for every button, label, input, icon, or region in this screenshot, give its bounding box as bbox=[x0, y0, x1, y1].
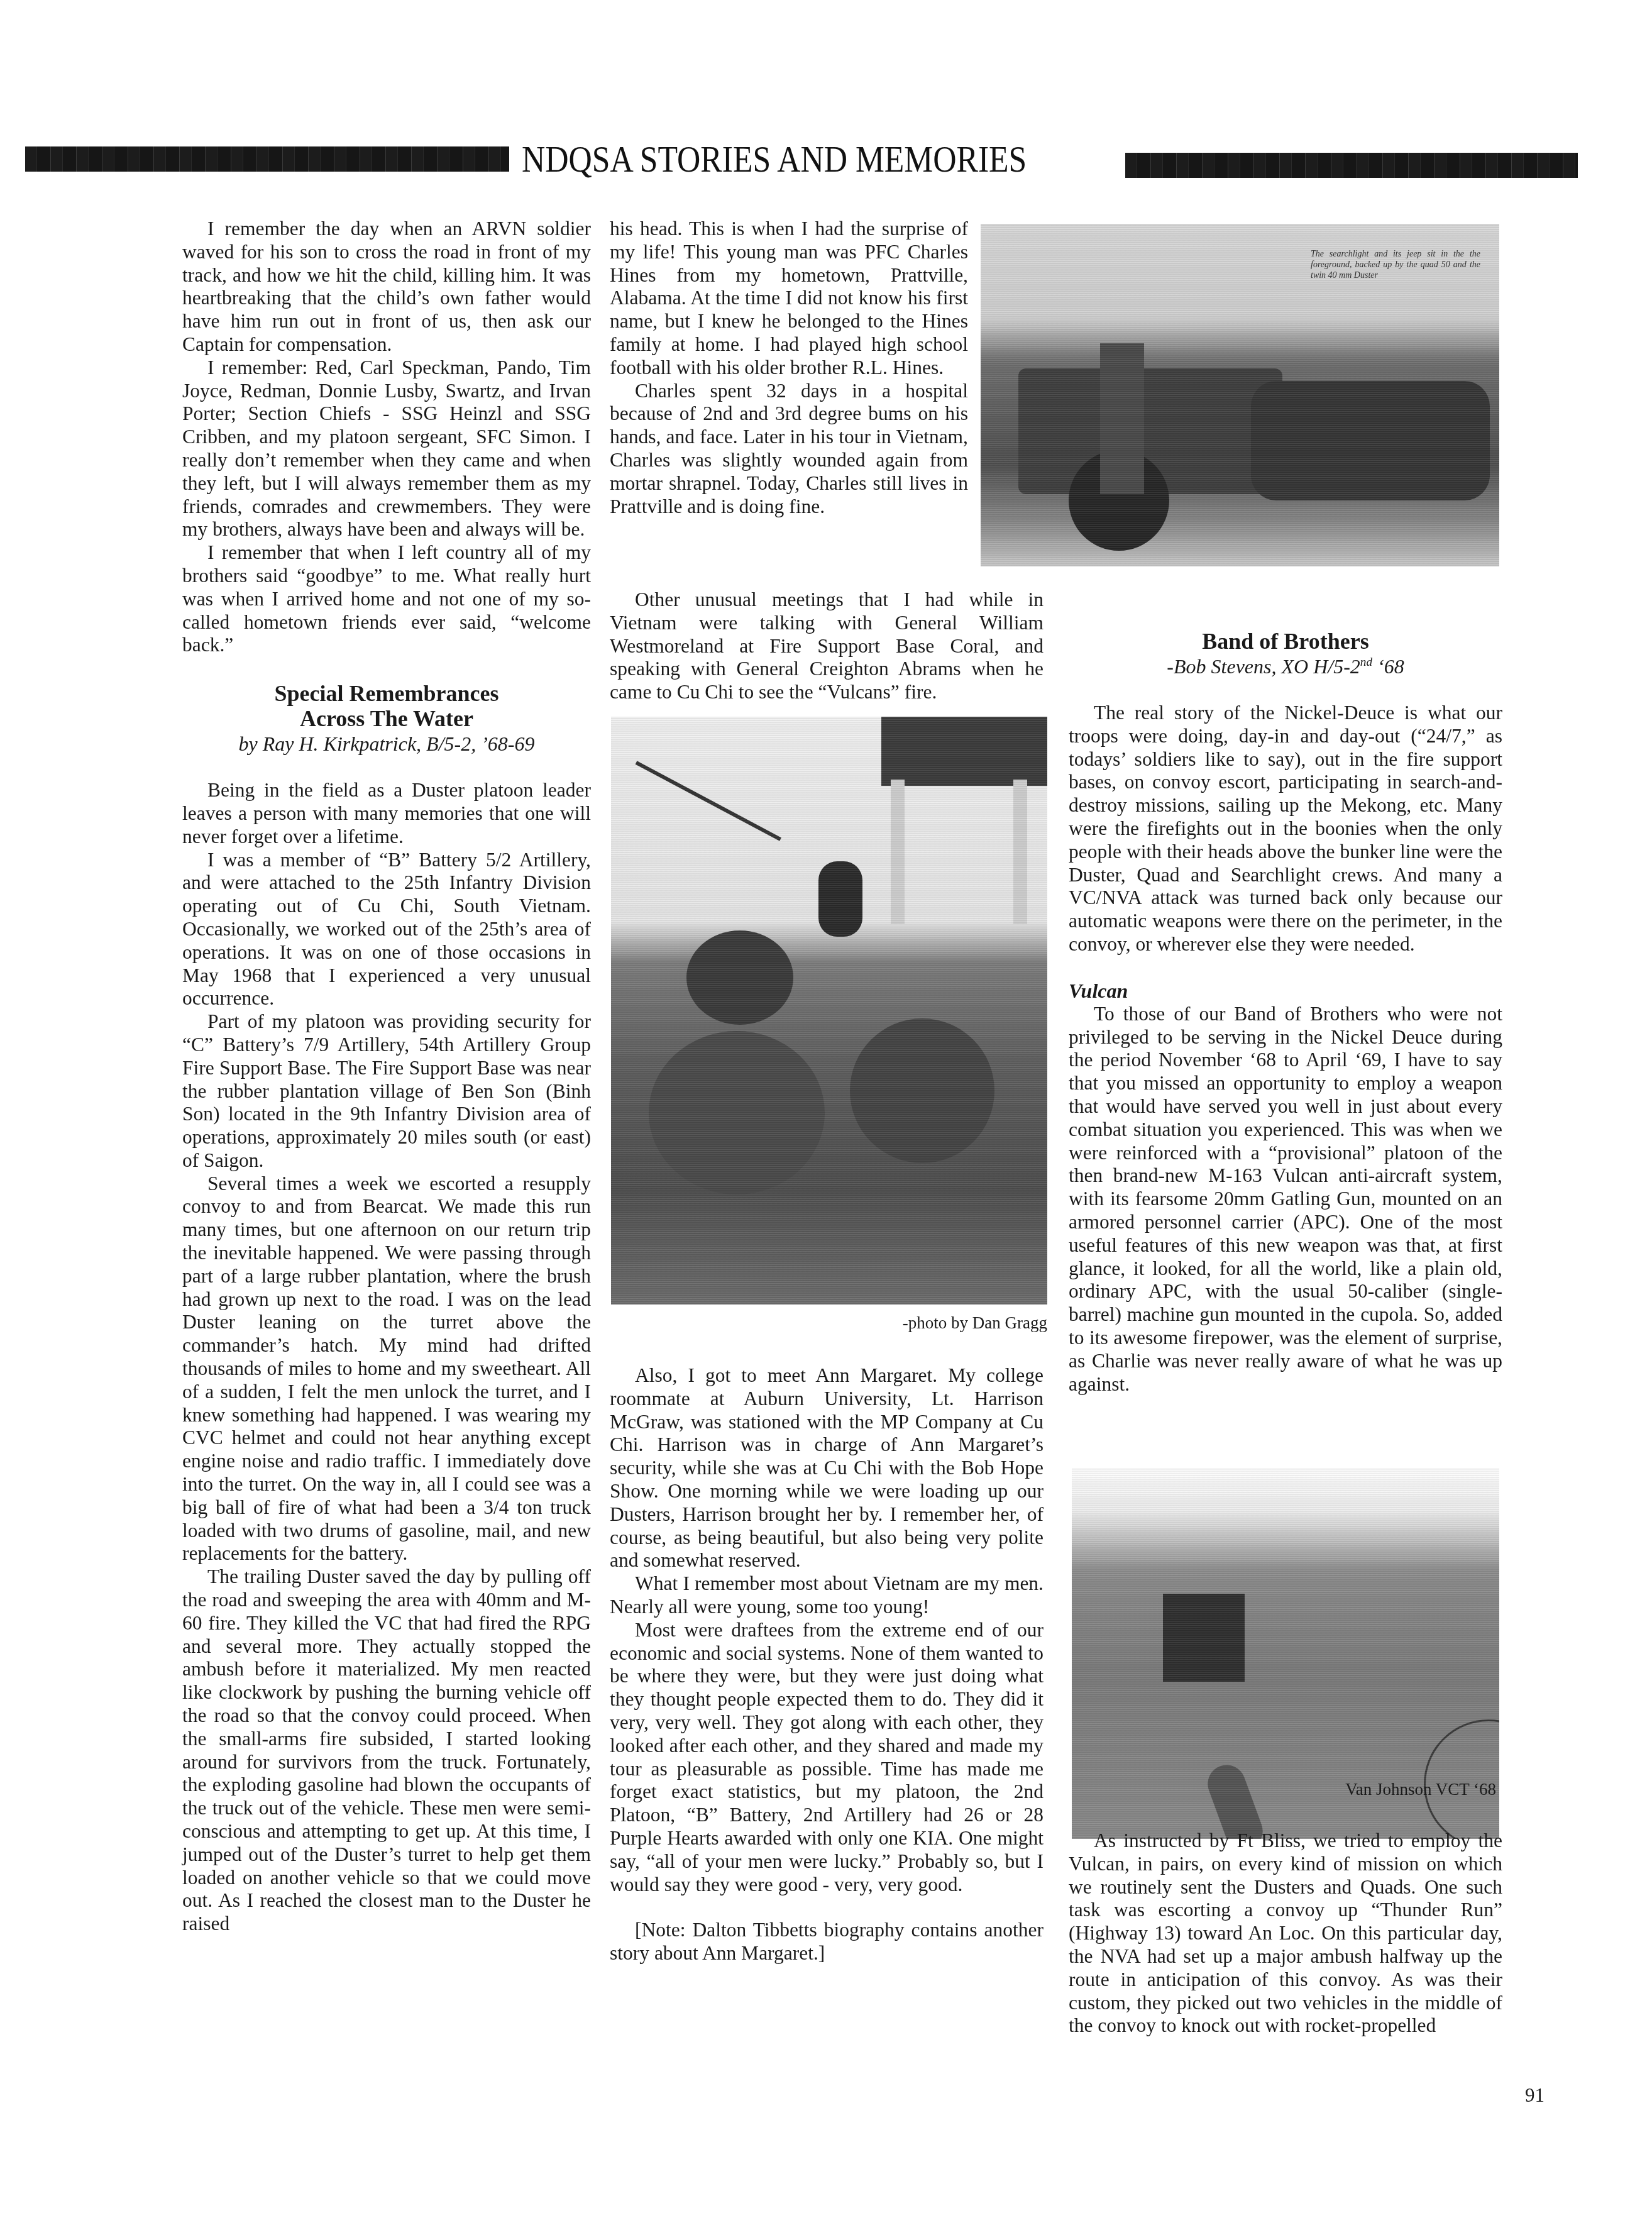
subhead-vulcan: Vulcan bbox=[1069, 979, 1502, 1003]
paragraph: As instructed by Ft Bliss, we tried to e… bbox=[1069, 1829, 1502, 2038]
column-3-bottom: As instructed by Ft Bliss, we tried to e… bbox=[1069, 1829, 1502, 2038]
paragraph: I was a member of “B” Battery 5/2 Artill… bbox=[182, 849, 591, 1011]
paragraph: I remember the day when an ARVN soldier … bbox=[182, 218, 591, 356]
header-bar-right bbox=[1125, 153, 1578, 178]
paragraph: his head. This is when I had the surpris… bbox=[610, 218, 968, 380]
column-2-bottom: Also, I got to meet Ann Margaret. My col… bbox=[610, 1364, 1044, 1965]
paragraph: Charles spent 32 days in a hospital beca… bbox=[610, 380, 968, 519]
article-header-special-remembrances: Special Remembrances Across The Water by… bbox=[182, 681, 591, 756]
editor-note: [Note: Dalton Tibbetts biography contain… bbox=[610, 1919, 1044, 1965]
section-title: NDQSA STORIES AND MEMORIES bbox=[522, 137, 1035, 181]
paragraph: To those of our Band of Brothers who wer… bbox=[1069, 1003, 1502, 1396]
article-byline: by Ray H. Kirkpatrick, B/5-2, ’68-69 bbox=[182, 731, 591, 756]
photo-bob-hope-show bbox=[611, 717, 1047, 1305]
article-title-line1: Special Remembrances bbox=[182, 681, 591, 706]
article-title: Band of Brothers bbox=[1069, 629, 1502, 654]
article-byline: -Bob Stevens, XO H/5-2nd ‘68 bbox=[1069, 654, 1502, 679]
paragraph: Several times a week we escorted a resup… bbox=[182, 1172, 591, 1566]
photo-searchlight-jeep: The searchlight and its jeep sit in the … bbox=[981, 224, 1499, 566]
column-1: I remember the day when an ARVN soldier … bbox=[182, 218, 591, 1936]
article-title-line2: Across The Water bbox=[182, 706, 591, 731]
paragraph: Part of my platoon was providing securit… bbox=[182, 1010, 591, 1172]
photo-credit-van-johnson: Van Johnson VCT ‘68 bbox=[1194, 1779, 1496, 1799]
paragraph: Being in the field as a Duster platoon l… bbox=[182, 779, 591, 848]
paragraph: The real story of the Nickel-Deuce is wh… bbox=[1069, 702, 1502, 956]
paragraph: I remember: Red, Carl Speckman, Pando, T… bbox=[182, 356, 591, 541]
paragraph: What I remember most about Vietnam are m… bbox=[610, 1572, 1044, 1619]
paragraph: I remember that when I left country all … bbox=[182, 541, 591, 657]
column-3: Band of Brothers -Bob Stevens, XO H/5-2n… bbox=[1069, 629, 1502, 1396]
photo-inset-caption: The searchlight and its jeep sit in the … bbox=[1311, 249, 1480, 281]
page-number: 91 bbox=[1525, 2084, 1545, 2107]
column-2-mid: Other unusual meetings that I had while … bbox=[610, 588, 1044, 704]
header-bar-left bbox=[25, 146, 509, 172]
article-header-band-of-brothers: Band of Brothers -Bob Stevens, XO H/5-2n… bbox=[1069, 629, 1502, 679]
column-2-top: his head. This is when I had the surpris… bbox=[610, 218, 968, 518]
paragraph: The trailing Duster saved the day by pul… bbox=[182, 1565, 591, 1936]
photo-credit-dan-gragg: -photo by Dan Gragg bbox=[754, 1313, 1047, 1333]
paragraph: Also, I got to meet Ann Margaret. My col… bbox=[610, 1364, 1044, 1572]
paragraph: Most were draftees from the extreme end … bbox=[610, 1619, 1044, 1897]
paragraph: Other unusual meetings that I had while … bbox=[610, 588, 1044, 704]
